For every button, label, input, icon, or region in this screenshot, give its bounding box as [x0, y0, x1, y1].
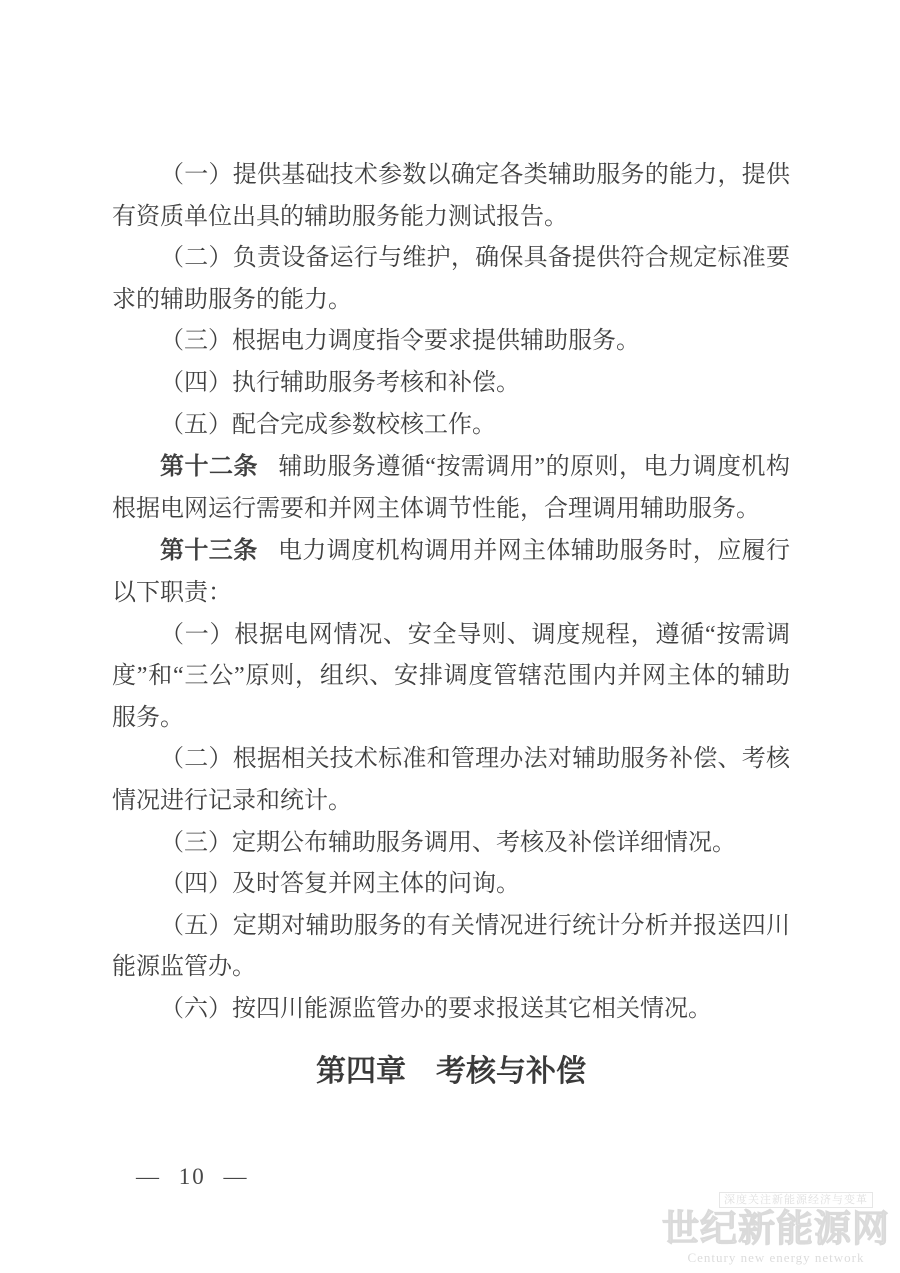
paragraph: （四）执行辅助服务考核和补偿。	[112, 363, 790, 405]
watermark-tagline: 深度关注新能源经济与变革	[719, 1192, 873, 1208]
paragraph-text: （二）根据相关技术标准和管理办法对辅助服务补偿、考核情况进行记录和统计。	[112, 746, 790, 814]
paragraph: （二）负责设备运行与维护，确保具备提供符合规定标准要求的辅助服务的能力。	[112, 238, 790, 321]
paragraph-text: （二）负责设备运行与维护，确保具备提供符合规定标准要求的辅助服务的能力。	[112, 245, 790, 313]
page-number: — 10 —	[136, 1164, 249, 1190]
paragraph-text: （四）及时答复并网主体的问询。	[160, 871, 520, 897]
watermark: 深度关注新能源经济与变革 世纪新能源网 Century new energy n…	[658, 1190, 894, 1266]
paragraph: （一）根据电网情况、安全导则、调度规程，遵循“按需调度”和“三公”原则，组织、安…	[112, 615, 790, 740]
document-page: （一）提供基础技术参数以确定各类辅助服务的能力，提供有资质单位出具的辅助服务能力…	[0, 0, 900, 1273]
paragraph: （一）提供基础技术参数以确定各类辅助服务的能力，提供有资质单位出具的辅助服务能力…	[112, 155, 790, 238]
paragraph: 第十三条电力调度机构调用并网主体辅助服务时，应履行以下职责：	[112, 530, 790, 614]
document-body: （一）提供基础技术参数以确定各类辅助服务的能力，提供有资质单位出具的辅助服务能力…	[112, 155, 790, 1094]
paragraph: （三）根据电力调度指令要求提供辅助服务。	[112, 321, 790, 363]
paragraph-text: （四）执行辅助服务考核和补偿。	[160, 370, 520, 396]
paragraph: （三）定期公布辅助服务调用、考核及补偿详细情况。	[112, 823, 790, 865]
paragraph-text: （五）定期对辅助服务的有关情况进行统计分析并报送四川能源监管办。	[112, 913, 790, 981]
paragraph-text: （一）提供基础技术参数以确定各类辅助服务的能力，提供有资质单位出具的辅助服务能力…	[112, 162, 790, 230]
paragraph: （四）及时答复并网主体的问询。	[112, 864, 790, 906]
article-label: 第十三条	[160, 537, 258, 564]
paragraph: 第四章考核与补偿	[112, 1050, 790, 1094]
paragraph-text: 考核与补偿	[436, 1055, 586, 1088]
paragraph-text: （三）根据电力调度指令要求提供辅助服务。	[160, 328, 640, 354]
paragraph-text: （一）根据电网情况、安全导则、调度规程，遵循“按需调度”和“三公”原则，组织、安…	[112, 622, 790, 731]
article-label: 第四章	[316, 1055, 406, 1088]
watermark-logo: 世纪新能源网	[658, 1209, 894, 1249]
paragraph-text: （六）按四川能源监管办的要求报送其它相关情况。	[160, 996, 712, 1022]
paragraph: （五）定期对辅助服务的有关情况进行统计分析并报送四川能源监管办。	[112, 906, 790, 989]
paragraph: （五）配合完成参数校核工作。	[112, 405, 790, 447]
paragraph: （六）按四川能源监管办的要求报送其它相关情况。	[112, 989, 790, 1031]
watermark-subtitle: Century new energy network	[658, 1250, 894, 1266]
paragraph-text: （五）配合完成参数校核工作。	[160, 412, 496, 438]
paragraph: （二）根据相关技术标准和管理办法对辅助服务补偿、考核情况进行记录和统计。	[112, 739, 790, 822]
paragraph: 第十二条辅助服务遵循“按需调用”的原则，电力调度机构根据电网运行需要和并网主体调…	[112, 446, 790, 530]
paragraph-text: （三）定期公布辅助服务调用、考核及补偿详细情况。	[160, 830, 736, 856]
article-label: 第十二条	[160, 453, 258, 480]
